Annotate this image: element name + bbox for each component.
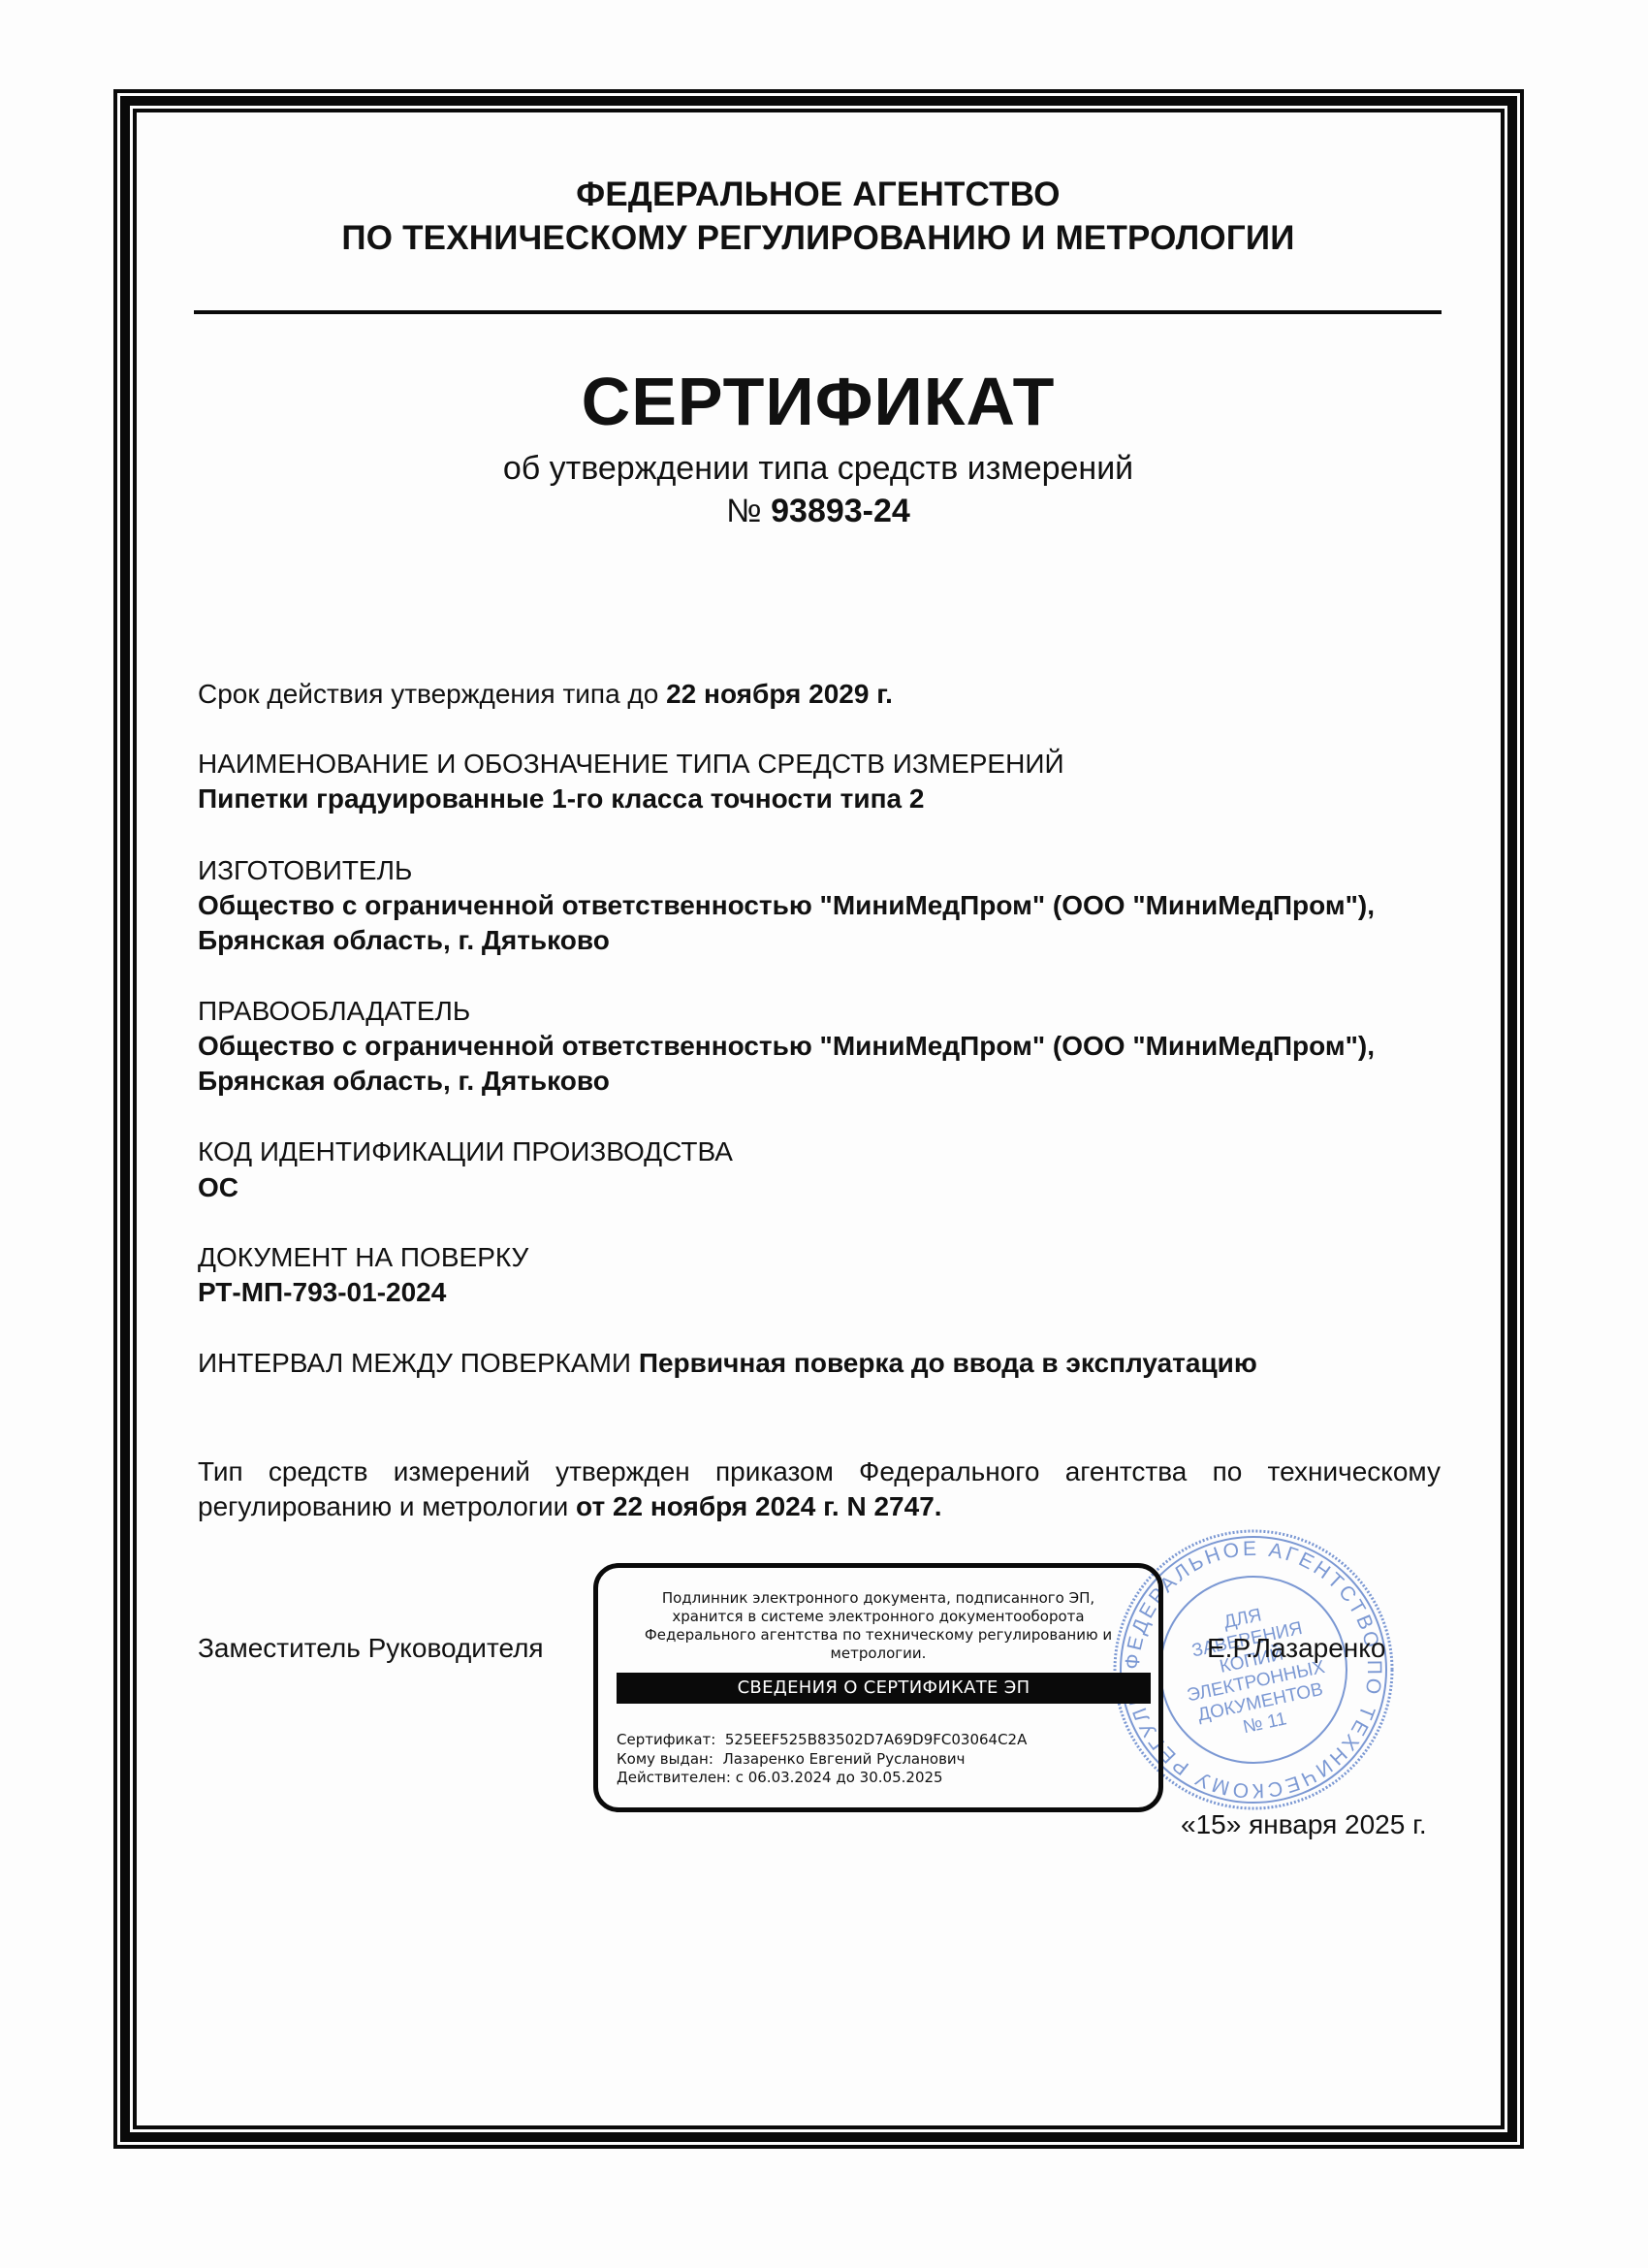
valid-period-label: Действителен:	[617, 1769, 731, 1786]
validity-date: 22 ноября 2029 г.	[666, 679, 893, 709]
section-manufacturer-heading: ИЗГОТОВИТЕЛЬ	[198, 853, 412, 888]
issued-to-label: Кому выдан:	[617, 1750, 713, 1768]
verification-interval-line: ИНТЕРВАЛ МЕЖДУ ПОВЕРКАМИ Первичная повер…	[198, 1346, 1257, 1381]
rights-holder-name: Общество с ограниченной ответственностью…	[198, 1029, 1375, 1064]
document-title: СЕРТИФИКАТ	[194, 363, 1442, 440]
verification-doc-value: РТ-МП-793-01-2024	[198, 1275, 446, 1310]
signatory-name: Е.Р.Лазаренко	[1207, 1631, 1385, 1666]
valid-period-row: Действителен: с 06.03.2024 до 30.05.2025	[617, 1769, 1027, 1788]
document-subtitle: об утверждении типа средств измерений	[194, 449, 1442, 488]
signatory-position: Заместитель Руководителя	[198, 1631, 544, 1666]
verification-interval-label: ИНТЕРВАЛ МЕЖДУ ПОВЕРКАМИ	[198, 1348, 639, 1378]
certificate-id-value: 525EEF525B83502D7A69D9FC03064C2A	[725, 1731, 1027, 1748]
manufacturer-address: Брянская область, г. Дятьково	[198, 923, 610, 958]
verification-interval-value: Первичная поверка до ввода в эксплуатаци…	[639, 1348, 1257, 1378]
note-line: метрологии.	[608, 1645, 1149, 1663]
certificate-details: Сертификат: 525EEF525B83502D7A69D9FC0306…	[617, 1731, 1027, 1788]
electronic-signature-block: Подлинник электронного документа, подпис…	[593, 1563, 1163, 1812]
note-line: хранится в системе электронного документ…	[608, 1608, 1149, 1626]
electronic-signature-note: Подлинник электронного документа, подпис…	[608, 1589, 1149, 1663]
section-name-heading: НАИМЕНОВАНИЕ И ОБОЗНАЧЕНИЕ ТИПА СРЕДСТВ …	[198, 747, 1064, 782]
instrument-name: Пипетки градуированные 1-го класса точно…	[198, 782, 924, 816]
certificate-info-banner: СВЕДЕНИЯ О СЕРТИФИКАТЕ ЭП	[617, 1673, 1151, 1704]
header-divider	[194, 310, 1442, 314]
section-verification-doc-heading: ДОКУМЕНТ НА ПОВЕРКУ	[198, 1240, 528, 1275]
validity-line: Срок действия утверждения типа до 22 ноя…	[198, 677, 893, 712]
production-code-value: ОС	[198, 1170, 238, 1205]
certificate-id-label: Сертификат:	[617, 1731, 715, 1748]
issued-to-row: Кому выдан: Лазаренко Евгений Русланович	[617, 1750, 1027, 1770]
section-production-code-heading: КОД ИДЕНТИФИКАЦИИ ПРОИЗВОДСТВА	[198, 1134, 733, 1169]
number-symbol: №	[726, 493, 761, 529]
certificate-id-row: Сертификат: 525EEF525B83502D7A69D9FC0306…	[617, 1731, 1027, 1750]
issued-to-value: Лазаренко Евгений Русланович	[722, 1750, 965, 1768]
note-line: Подлинник электронного документа, подпис…	[608, 1589, 1149, 1608]
validity-label: Срок действия утверждения типа до	[198, 679, 666, 709]
certificate-number-value: 93893-24	[771, 493, 910, 529]
signature-date: «15» января 2025 г.	[1181, 1807, 1427, 1842]
note-line: Федерального агентства по техническому р…	[608, 1626, 1149, 1645]
approval-order-reference: от 22 ноября 2024 г. N 2747.	[576, 1491, 942, 1521]
agency-name-line-2: ПО ТЕХНИЧЕСКОМУ РЕГУЛИРОВАНИЮ И МЕТРОЛОГ…	[194, 216, 1442, 260]
approval-order-paragraph: Тип средств измерений утвержден приказом…	[198, 1454, 1441, 1524]
manufacturer-name: Общество с ограниченной ответственностью…	[198, 888, 1375, 923]
certificate-number: № 93893-24	[194, 492, 1442, 530]
rights-holder-address: Брянская область, г. Дятьково	[198, 1064, 610, 1099]
valid-period-value: с 06.03.2024 до 30.05.2025	[736, 1769, 943, 1786]
section-rights-holder-heading: ПРАВООБЛАДАТЕЛЬ	[198, 994, 470, 1029]
agency-name-line-1: ФЕДЕРАЛЬНОЕ АГЕНТСТВО	[194, 173, 1442, 216]
